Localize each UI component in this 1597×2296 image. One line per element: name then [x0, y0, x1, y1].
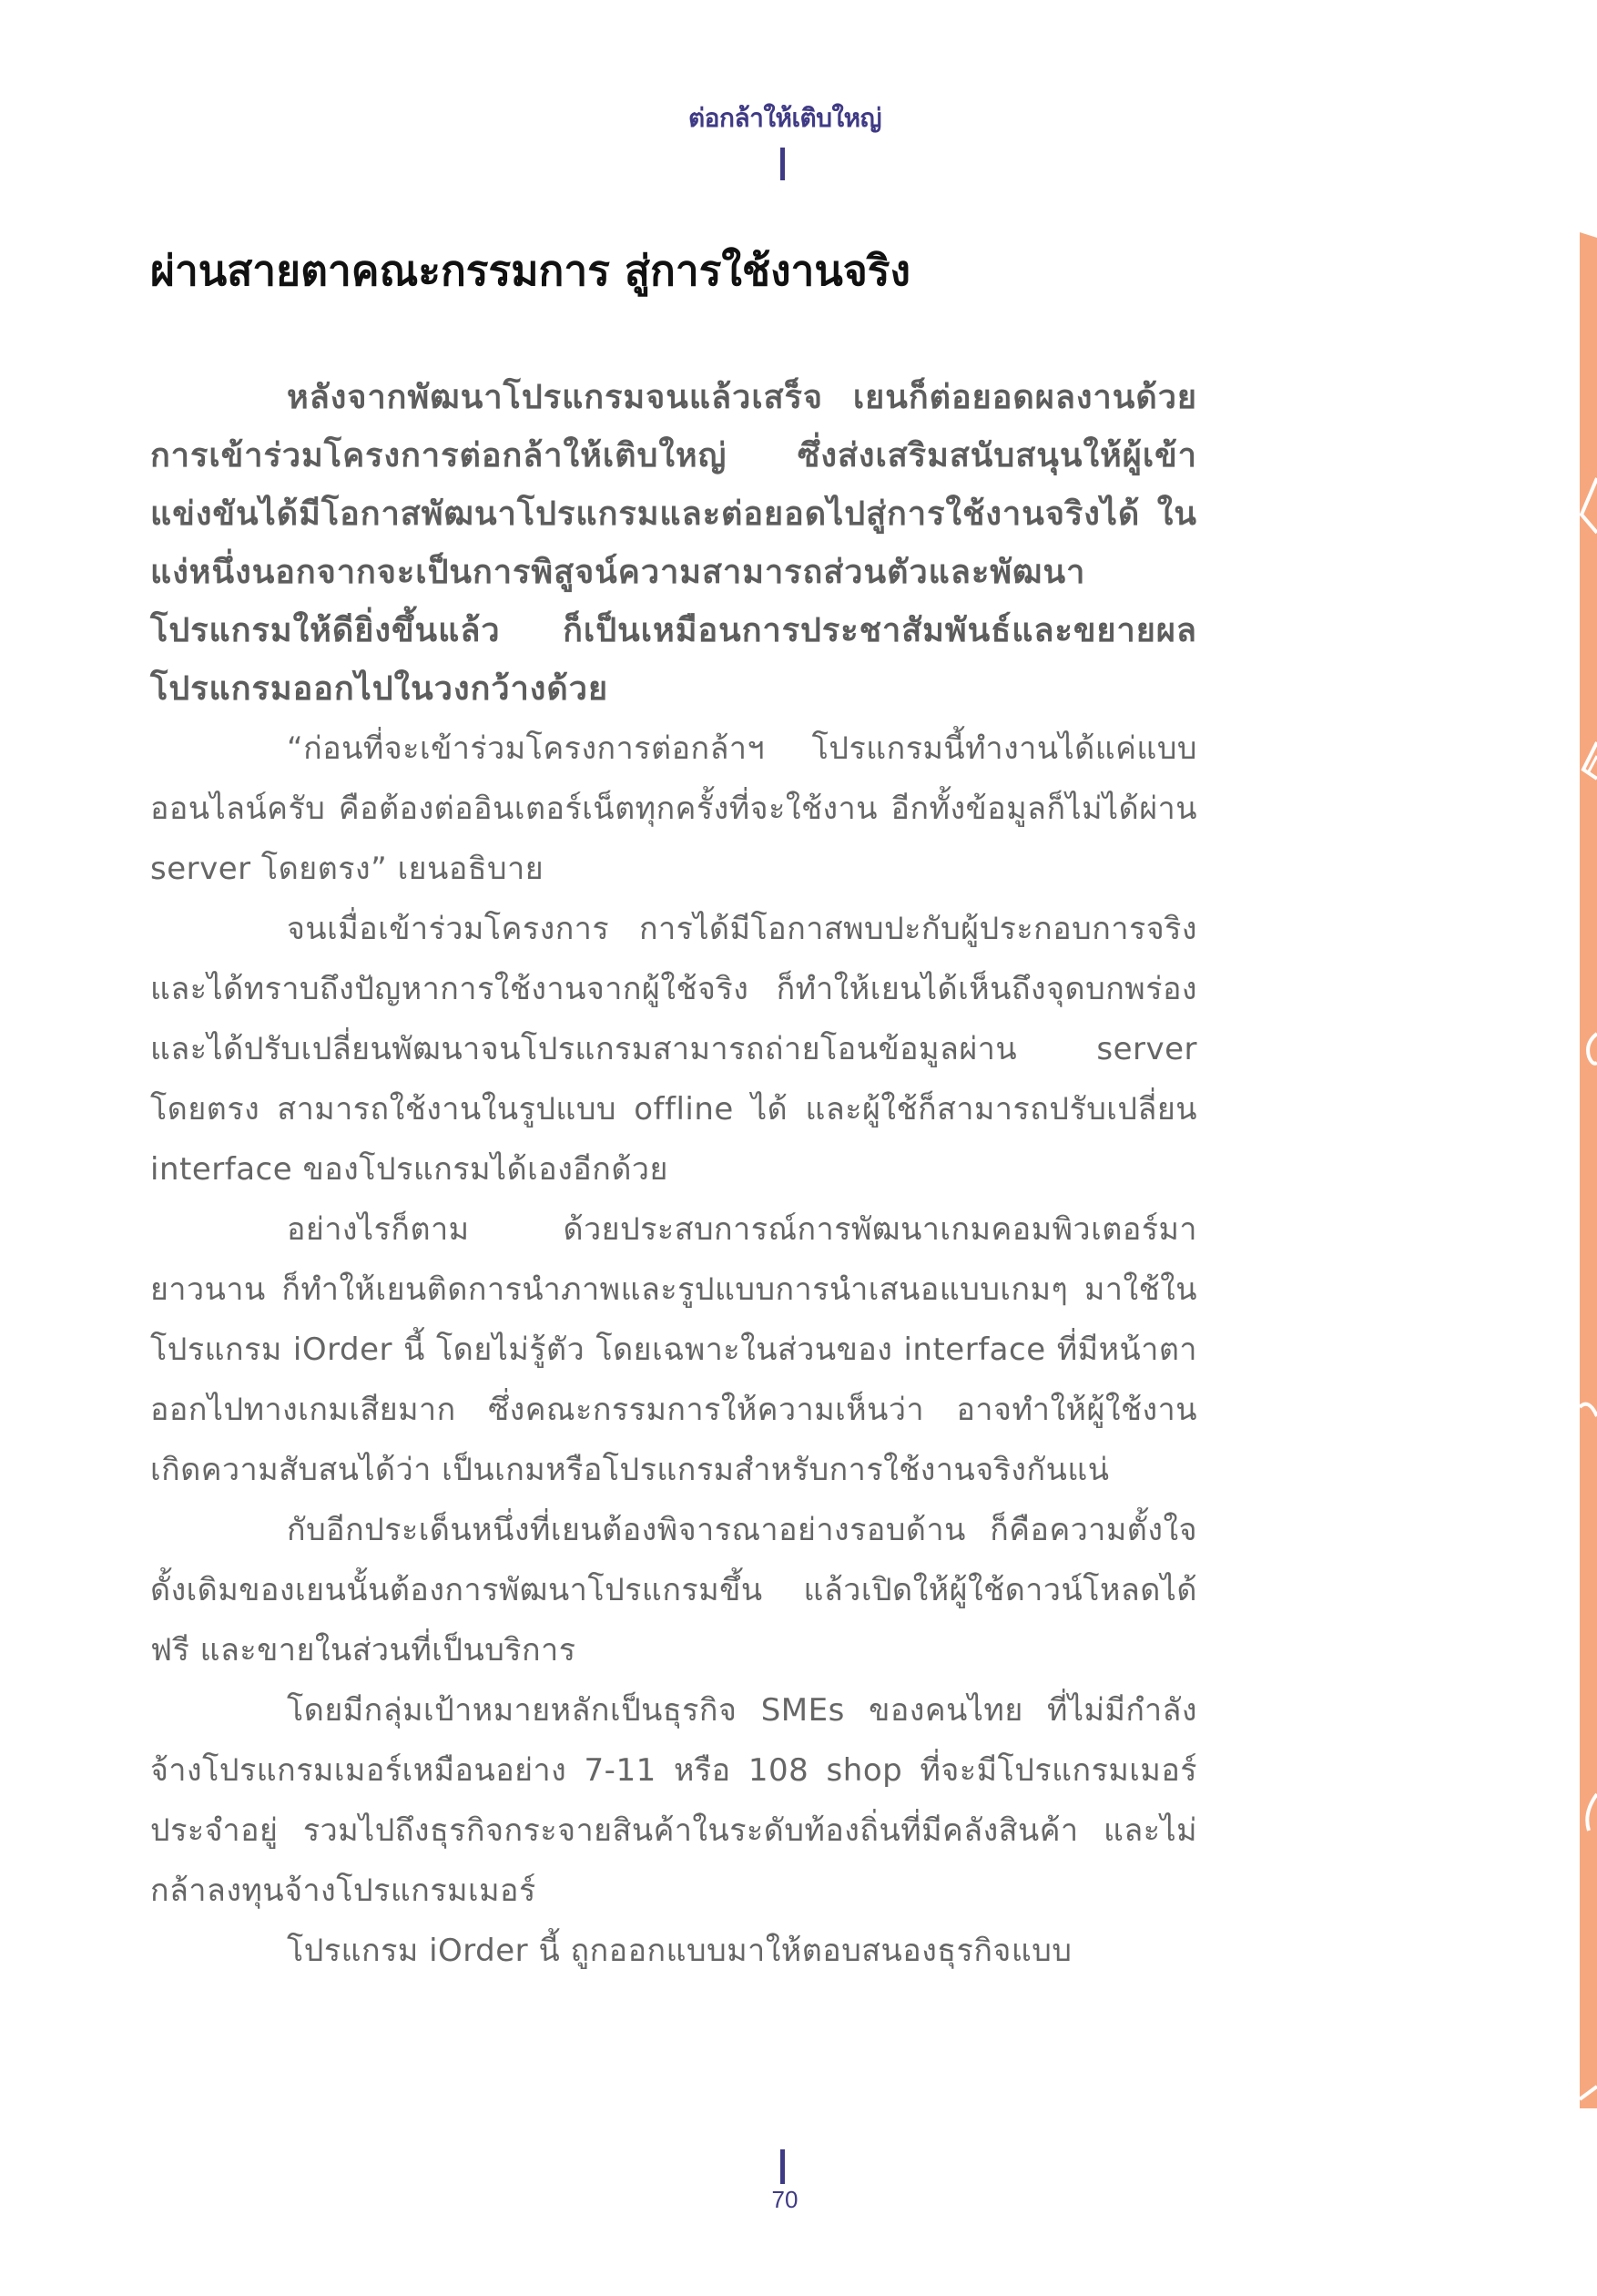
body-paragraph: อย่างไรก็ตาม ด้วยประสบการณ์การพัฒนาเกมคอ…	[150, 1199, 1197, 1500]
body-paragraph: จนเมื่อเข้าร่วมโครงการ การได้มีโอกาสพบปะ…	[150, 899, 1197, 1199]
header-divider	[780, 148, 785, 180]
section-title: ผ่านสายตาคณะกรรมการ สู่การใช้งานจริง	[150, 239, 1243, 302]
running-header-title: ต่อกล้าให้เติบใหญ่	[0, 98, 1570, 138]
decorative-pattern-icon	[1580, 232, 1597, 2108]
body-paragraph-quote: “ก่อนที่จะเข้าร่วมโครงการต่อกล้าฯ โปรแกร…	[150, 719, 1197, 899]
article-body: หลังจากพัฒนาโปรแกรมจนแล้วเสร็จ เยนก็ต่อย…	[150, 369, 1197, 1981]
body-paragraph: กับอีกประเด็นหนึ่งที่เยนต้องพิจารณาอย่าง…	[150, 1500, 1197, 1680]
footer-divider	[780, 2149, 785, 2184]
body-paragraph: โดยมีกลุ่มเป้าหมายหลักเป็นธุรกิจ SMEs ขอ…	[150, 1680, 1197, 1921]
body-paragraph: โปรแกรม iOrder นี้ ถูกออกแบบมาให้ตอบสนอง…	[150, 1921, 1197, 1981]
page-number: 70	[0, 2186, 1570, 2214]
lead-paragraph: หลังจากพัฒนาโปรแกรมจนแล้วเสร็จ เยนก็ต่อย…	[150, 369, 1197, 719]
side-decoration-strip	[1580, 232, 1597, 2108]
